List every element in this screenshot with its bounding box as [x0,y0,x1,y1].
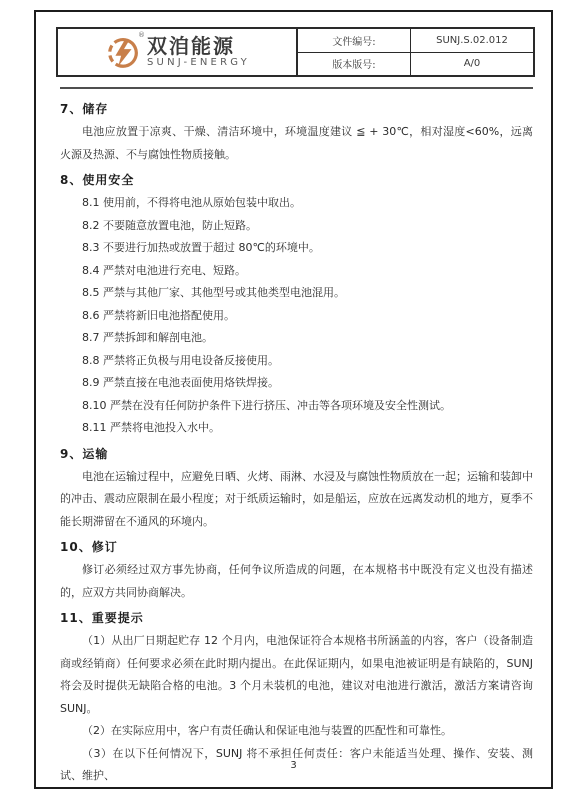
section-title: 10、修订 [60,536,533,558]
section: 10、修订修订必须经过双方事先协商，任何争议所造成的问题，在本规格书中既没有定义… [60,536,533,604]
section: 8、使用安全8.1 使用前，不得将电池从原始包装中取出。8.2 不要随意放置电池… [60,169,533,440]
meta-row-document-number: 文件编号: SUNJ.S.02.012 [298,29,533,53]
section-item: 8.2 不要随意放置电池，防止短路。 [60,215,533,238]
page-border: ® 双洎能源 SUNJ-ENERGY 文件编号: SUNJ.S.02.012 版… [34,10,553,789]
section: 7、储存电池应放置于凉爽、干燥、清洁环境中，环境温度建议 ≦ + 30℃，相对湿… [60,98,533,166]
lightning-bolt-circle-icon: ® [104,33,142,71]
document-number-value: SUNJ.S.02.012 [411,29,533,52]
section-paragraph: 电池应放置于凉爽、干燥、清洁环境中，环境温度建议 ≦ + 30℃，相对湿度<60… [60,121,533,166]
section-item: 8.1 使用前，不得将电池从原始包装中取出。 [60,192,533,215]
section-item: 8.11 严禁将电池投入水中。 [60,417,533,440]
section-item: 8.7 严禁拆卸和解剖电池。 [60,327,533,350]
section-item: 8.9 严禁直接在电池表面使用烙铁焊接。 [60,372,533,395]
version-number-label: 版本版号: [298,53,411,76]
company-logo: ® 双洎能源 SUNJ-ENERGY [58,29,298,75]
meta-row-version-number: 版本版号: A/0 [298,53,533,76]
section-item: 8.10 严禁在没有任何防护条件下进行挤压、冲击等各项环境及安全性测试。 [60,395,533,418]
section-title: 9、运输 [60,443,533,465]
logo-text: 双洎能源 SUNJ-ENERGY [147,36,250,68]
document-body: 7、储存电池应放置于凉爽、干燥、清洁环境中，环境温度建议 ≦ + 30℃，相对湿… [60,95,533,788]
document-page: ® 双洎能源 SUNJ-ENERGY 文件编号: SUNJ.S.02.012 版… [0,0,585,805]
section-item: 8.6 严禁将新旧电池搭配使用。 [60,305,533,328]
company-name-cn: 双洎能源 [147,36,250,56]
section-item: 8.5 严禁与其他厂家、其他型号或其他类型电池混用。 [60,282,533,305]
section-title: 11、重要提示 [60,607,533,629]
section-paragraph: 电池在运输过程中，应避免日晒、火烤、雨淋、水浸及与腐蚀性物质放在一起；运输和装卸… [60,466,533,534]
section: 9、运输电池在运输过程中，应避免日晒、火烤、雨淋、水浸及与腐蚀性物质放在一起；运… [60,443,533,534]
document-meta-table: 文件编号: SUNJ.S.02.012 版本版号: A/0 [298,29,533,75]
header-divider [60,87,533,89]
section-item: 8.3 不要进行加热或放置于超过 80℃的环境中。 [60,237,533,260]
company-name-en: SUNJ-ENERGY [147,58,250,68]
page-number: 3 [36,760,551,771]
section-title: 8、使用安全 [60,169,533,191]
version-number-value: A/0 [411,53,533,76]
registered-trademark-symbol: ® [138,31,145,39]
section-item: 8.8 严禁将正负极与用电设备反接使用。 [60,350,533,373]
document-header: ® 双洎能源 SUNJ-ENERGY 文件编号: SUNJ.S.02.012 版… [56,27,535,77]
section-item: （2）在实际应用中，客户有责任确认和保证电池与装置的匹配性和可靠性。 [60,720,533,743]
section-item: （1）从出厂日期起贮存 12 个月内，电池保证符合本规格书所涵盖的内容，客户（设… [60,630,533,720]
section-item: 8.4 严禁对电池进行充电、短路。 [60,260,533,283]
document-number-label: 文件编号: [298,29,411,52]
section-title: 7、储存 [60,98,533,120]
section-paragraph: 修订必须经过双方事先协商，任何争议所造成的问题，在本规格书中既没有定义也没有描述… [60,559,533,604]
